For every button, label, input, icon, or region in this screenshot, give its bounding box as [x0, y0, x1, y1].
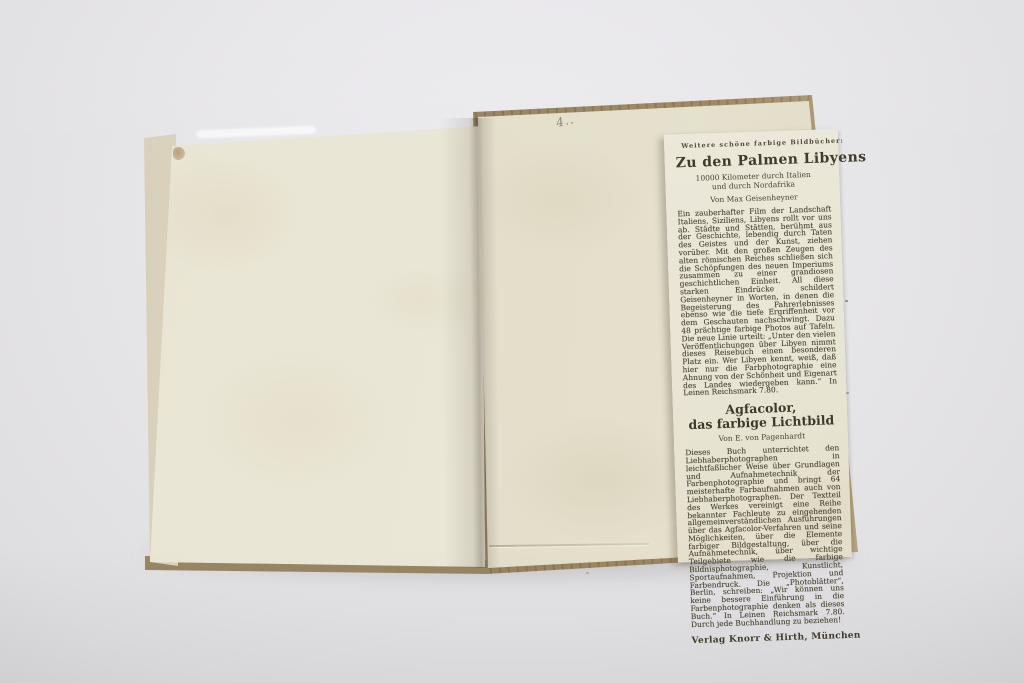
dust-jacket-flap: Weitere schöne farbige Bildbücher: Zu de… [664, 129, 852, 563]
wear-speck [586, 572, 589, 574]
book-photograph: 4.. Weitere schöne farbige Bildbücher: Z… [0, 0, 1024, 683]
book1-subtitle: 10000 Kilometer durch Italien und durch … [690, 171, 816, 192]
wear-speck [845, 300, 848, 302]
book2-title-line2: das farbige Lichtbild [688, 412, 834, 432]
publisher-imprint: Verlag Knorr & Hirth, München [691, 632, 845, 647]
worn-corner-chip [173, 147, 185, 160]
book1-description: Ein zauberhafter Film der Landschaft Ita… [677, 205, 837, 397]
book2-title: Agfacolor, das farbige Lichtbild [684, 399, 839, 431]
wear-speck [846, 392, 849, 394]
book1-byline: Von Max Geisenheyner [677, 191, 831, 205]
page-top-highlight [196, 125, 316, 138]
book2-byline: Von E. von Pagenhardt [685, 430, 839, 444]
book2-description: Dieses Buch unterrichtet den Liebhaberph… [685, 444, 845, 628]
gutter-shadow [440, 118, 501, 569]
book1-title: Zu den Palmen Libyens [675, 150, 829, 171]
advert-header: Weitere schöne farbige Bildbücher: [681, 137, 823, 150]
